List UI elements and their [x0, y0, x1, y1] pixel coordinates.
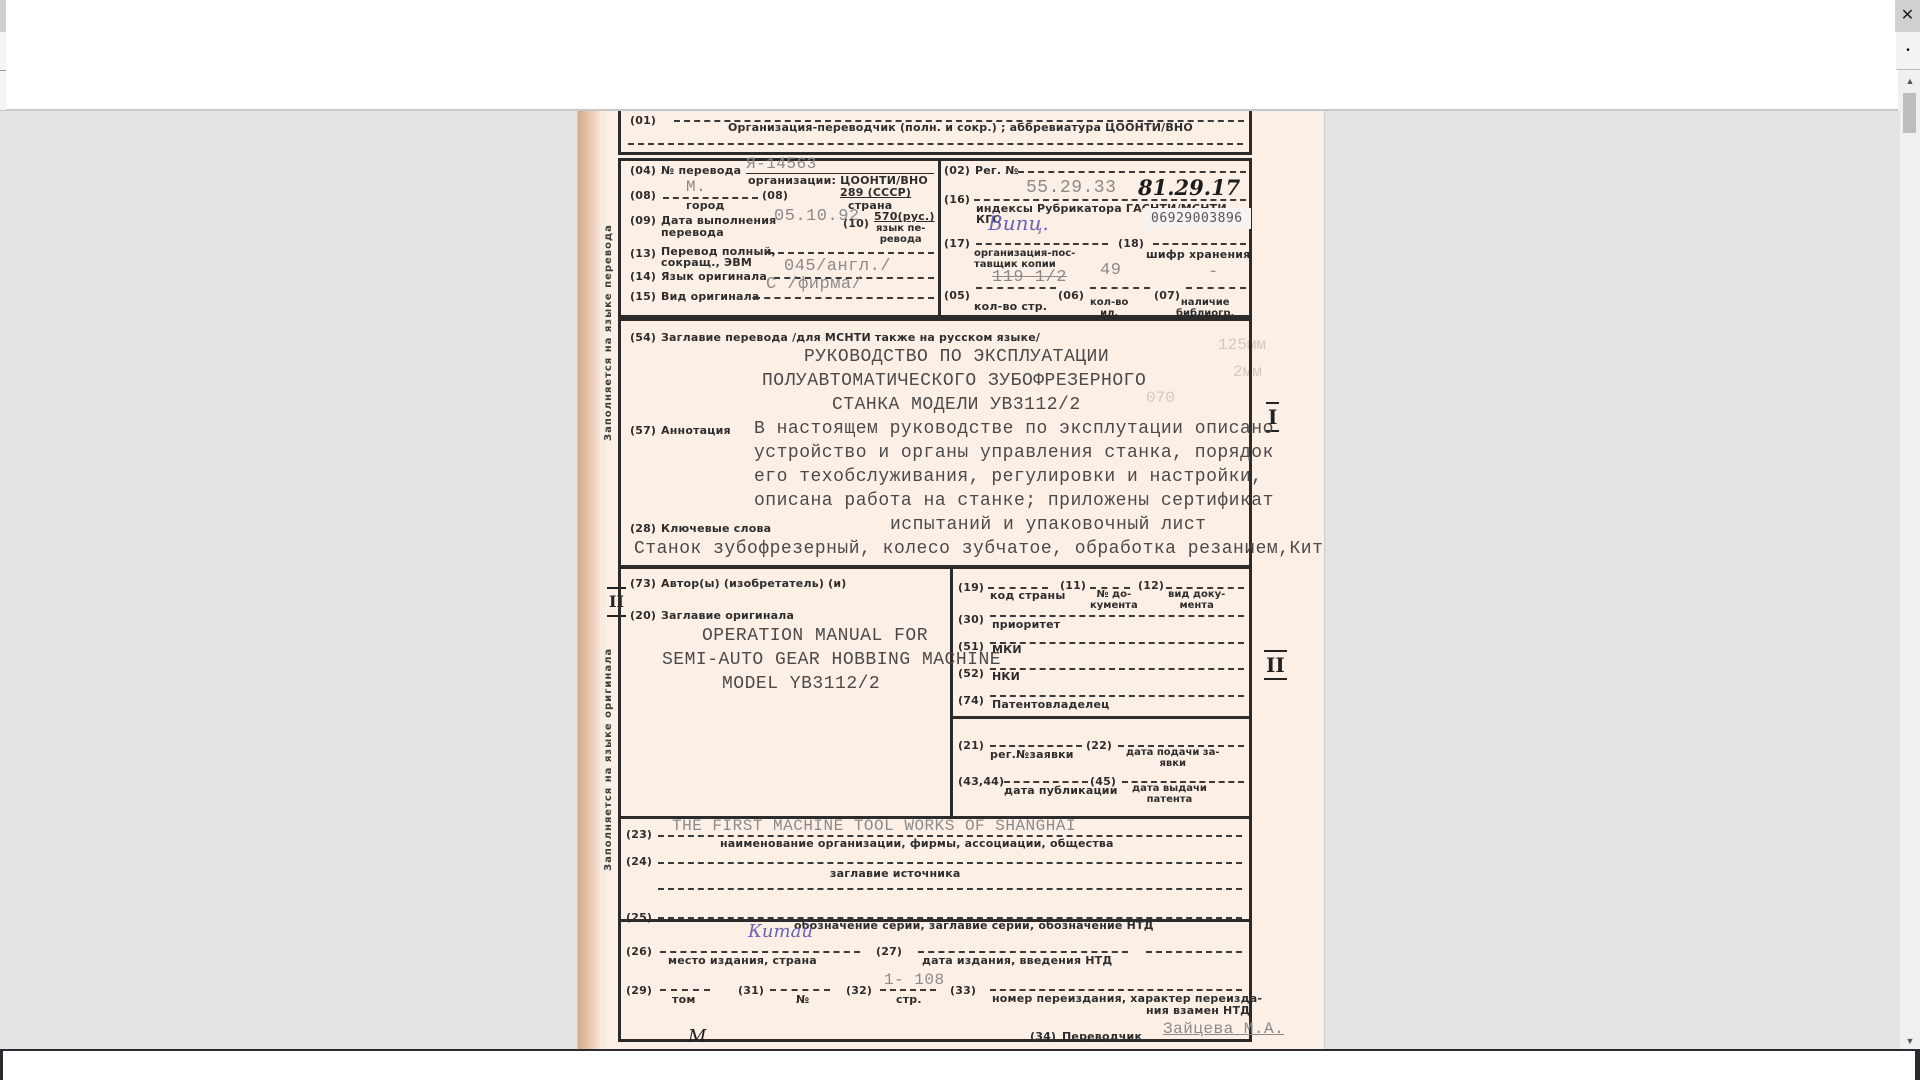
field-code: (34) [1030, 1030, 1056, 1043]
rubricator-index-handwritten: 81.29.17 [1138, 175, 1240, 200]
field-code: (31) [738, 984, 764, 997]
pdf-viewer-window: ✕ • ▲ ▼ 125мм 2мм 070 Заполняется на язы… [0, 0, 1920, 1080]
barcode-stamp: 06929003896 [1143, 208, 1251, 229]
fill-line [990, 695, 1244, 697]
fill-line [1004, 781, 1088, 783]
translator-name: Зайцева М.А. [1163, 1020, 1284, 1038]
document-type-label: вид доку-мента [1168, 589, 1225, 611]
original-title-line-2: SEMI-AUTO GEAR HOBBING MACHINE [662, 650, 1001, 670]
patent-holder-label: Патентовладелец [992, 698, 1109, 711]
city-label: город [686, 199, 725, 212]
translated-title-line-3: СТАНКА МОДЕЛИ УВ3112/2 [832, 395, 1081, 415]
translated-title-label: Заглавие перевода /для МСНТИ также на ру… [661, 331, 1040, 344]
publication-date-ntd-label: дата издания, введения НТД [922, 954, 1112, 967]
nki-label: НКИ [992, 670, 1020, 683]
field-code: (54) [630, 331, 656, 344]
fill-line [880, 989, 936, 991]
organization-caption: Организация-переводчик (полн. и сокр.) ;… [728, 121, 1193, 134]
field-code: (33) [950, 984, 976, 997]
field-code: (18) [1118, 237, 1144, 250]
completeness-label-2: сокращ., ЭВМ [661, 256, 752, 269]
field-code: (57) [630, 424, 656, 437]
field-code: (16) [944, 193, 970, 206]
field-code: (74) [958, 694, 984, 707]
bottom-status-bar [0, 1049, 1920, 1080]
bibliography-value: - [1208, 263, 1219, 282]
field-code: (20) [630, 609, 656, 622]
field-code: (19) [958, 581, 984, 594]
field-code: (22) [1086, 739, 1112, 752]
document-number-label: № до-кумента [1090, 589, 1138, 611]
fill-line [974, 199, 1246, 201]
application-number-label: рег.№заявки [990, 748, 1074, 761]
field-code: (52) [958, 667, 984, 680]
field-code: (01) [630, 114, 656, 127]
original-title-label: Заглавие оригинала [661, 609, 794, 622]
margin-label-original: Заполняется на языке оригинала [603, 648, 614, 871]
field-code: (21) [958, 739, 984, 752]
fill-line [660, 989, 710, 991]
fill-line [976, 243, 1108, 245]
label-line: ревода [880, 234, 922, 245]
fill-line [990, 615, 1244, 617]
label-line: кол-во [1090, 297, 1128, 308]
date-label-2: перевода [661, 226, 724, 239]
fill-line [768, 252, 934, 254]
scrollbar-thumb[interactable] [1903, 93, 1916, 133]
field-code: (26) [626, 945, 652, 958]
field-code: (32) [846, 984, 872, 997]
annotation-line-5: испытаний и упаковочный лист [890, 515, 1206, 535]
close-button[interactable]: ✕ [1895, 0, 1920, 32]
bibliography-label: наличиебиблиогр. [1176, 297, 1234, 319]
fill-line [628, 143, 1243, 145]
fill-line [990, 642, 1244, 644]
field-code: (30) [958, 613, 984, 626]
field-code: (51) [958, 640, 984, 653]
fill-line [918, 951, 1128, 953]
page-count-label: кол-во стр. [974, 300, 1047, 313]
field-code: (45) [1090, 775, 1116, 788]
translation-language-label: язык пе-ревода [876, 223, 925, 245]
country-code-label: код страны [990, 589, 1065, 602]
field-code: (29) [626, 984, 652, 997]
fill-line [990, 668, 1244, 670]
dot-icon: • [1906, 45, 1910, 56]
bottom-left-edge [0, 1051, 3, 1080]
more-menu-button[interactable]: • [1896, 32, 1920, 70]
label-line: организация-пос- [974, 248, 1075, 259]
page-torn-edge [578, 111, 600, 1050]
original-type-label: Вид оригинала [661, 290, 760, 303]
annotation-line-4: описана работа на станке; приложены серт… [754, 491, 1274, 511]
pages-label: стр. [896, 993, 922, 1006]
field-code: (28) [630, 522, 656, 535]
viewer-toolbar [0, 0, 1898, 111]
patent-issue-date-label: дата выдачипатента [1132, 783, 1207, 805]
fill-line [1146, 951, 1242, 953]
series-label: обозначение серии, заглавие серии, обозн… [794, 919, 1154, 932]
field-code: (04) [630, 164, 656, 177]
label-line: вид доку- [1168, 589, 1225, 600]
column-divider [950, 566, 953, 816]
field-code: (11) [1060, 579, 1086, 592]
translator-label: Переводчик [1062, 1030, 1142, 1043]
original-language-label: Язык оригинала [661, 270, 767, 283]
field-code: (13) [630, 247, 656, 260]
reissue-label-2: ния взамен НТД [1146, 1004, 1250, 1017]
annotation-line-2: устройство и органы управления станка, п… [754, 443, 1274, 463]
label-line: дата подачи за- [1126, 747, 1220, 758]
label-line: мента [1179, 600, 1213, 611]
fill-line [990, 989, 1242, 991]
sidebar-tab[interactable] [0, 0, 6, 32]
author-label: Автор(ы) (изобретатель) (и) [661, 577, 846, 590]
publication-place-handwritten: Китай [748, 921, 813, 942]
field-code: (27) [876, 945, 902, 958]
application-date-label: дата подачи за-явки [1126, 747, 1220, 769]
field-code: (08) [762, 189, 788, 202]
label-line: патента [1147, 794, 1193, 805]
margin-label-translation: Заполняется на языке перевода [603, 224, 614, 441]
mki-label: МКИ [992, 643, 1022, 656]
sidebar-toggle-strip[interactable] [0, 0, 6, 110]
translated-title-line-1: РУКОВОДСТВО ПО ЭКСПЛУАТАЦИИ [804, 347, 1109, 367]
field-code: (15) [630, 290, 656, 303]
field-code: (05) [944, 289, 970, 302]
original-title-line-1: OPERATION MANUAL FOR [702, 626, 928, 646]
label-line: явки [1159, 758, 1186, 769]
vertical-scrollbar[interactable]: ▲ ▼ [1900, 71, 1920, 1051]
fill-line [976, 287, 1056, 289]
fill-line [770, 989, 830, 991]
illustration-count-value: 49 [1100, 261, 1121, 280]
label-line: язык пе- [876, 223, 925, 234]
reg-number-label: Рег. № [975, 164, 1019, 177]
initials-handwritten: М [688, 1026, 706, 1047]
translation-number-label: № перевода [661, 164, 741, 177]
fill-line [990, 745, 1082, 747]
fill-line [1090, 287, 1150, 289]
fill-line [660, 951, 860, 953]
keywords-label: Ключевые слова [661, 522, 771, 535]
publication-place-label: место издания, страна [668, 954, 817, 967]
field-code: (73) [630, 577, 656, 590]
handwritten-note: Випц. [988, 211, 1049, 235]
original-title-line-3: MODEL YB3112/2 [722, 674, 880, 694]
field-code: (10) [843, 217, 869, 230]
label-line: наличие [1181, 297, 1230, 308]
scroll-down-arrow-icon[interactable]: ▼ [1900, 1031, 1920, 1051]
field-code: (25) [626, 911, 652, 924]
field-code: (12) [1138, 579, 1164, 592]
section-mark-II-right: II [1264, 650, 1287, 680]
column-divider [938, 158, 941, 318]
row-divider [950, 716, 1252, 719]
field-code: (02) [944, 164, 970, 177]
field-code: (14) [630, 270, 656, 283]
priority-label: приоритет [992, 618, 1060, 631]
field-code: (43,44) [958, 775, 1004, 788]
country-value: 289 (СССР) [840, 186, 911, 199]
translation-language-value: 570(рус.) [874, 210, 935, 223]
original-type-value: С /фирма/ [766, 275, 862, 294]
divider [0, 70, 6, 71]
field-code: (17) [944, 237, 970, 250]
label-line: № до- [1097, 589, 1132, 600]
volume-label: том [672, 993, 696, 1006]
field-code: (09) [630, 214, 656, 227]
fill-line [1186, 287, 1246, 289]
document-page: 125мм 2мм 070 Заполняется на языке перев… [578, 111, 1324, 1050]
rubricator-index-value: 55.29.33 [1026, 178, 1116, 198]
fill-line [1153, 243, 1246, 245]
fill-line [754, 297, 934, 299]
annotation-line-3: его техобслуживания, регулировки и настр… [754, 467, 1263, 487]
field-code: (06) [1058, 289, 1084, 302]
copy-supplier-label: организация-пос-тавщик копии [974, 248, 1075, 270]
annotation-line-1: В настоящем руководстве по эксплутации о… [754, 419, 1274, 439]
pages-value: 1- 108 [884, 971, 945, 989]
illustration-count-label: кол-воил. [1090, 297, 1128, 319]
label-line: кумента [1090, 600, 1138, 611]
close-icon: ✕ [1901, 7, 1914, 24]
fill-line [1018, 171, 1246, 173]
keywords-value: Станок зубофрезерный, колесо зубчатое, о… [634, 539, 1324, 559]
page-count-value: 119 1/2 [992, 268, 1067, 287]
translated-title-line-2: ПОЛУАВТОМАТИЧЕСКОГО ЗУБОФРЕЗЕРНОГО [762, 371, 1146, 391]
storage-code-label: шифр хранения [1146, 248, 1250, 261]
translation-number-value: Я-14563 [746, 155, 817, 173]
annotation-label: Аннотация [661, 424, 731, 437]
original-language-value: 045/англ./ [784, 257, 891, 276]
label-line: дата выдачи [1132, 783, 1207, 794]
bottom-right-edge [1915, 1051, 1920, 1080]
document-viewport[interactable]: 125мм 2мм 070 Заполняется на языке перев… [0, 111, 1900, 1050]
scroll-up-arrow-icon[interactable]: ▲ [1900, 71, 1920, 91]
issue-number-label: № [796, 993, 809, 1006]
field-code: (08) [630, 189, 656, 202]
city-value: М. [686, 178, 706, 196]
